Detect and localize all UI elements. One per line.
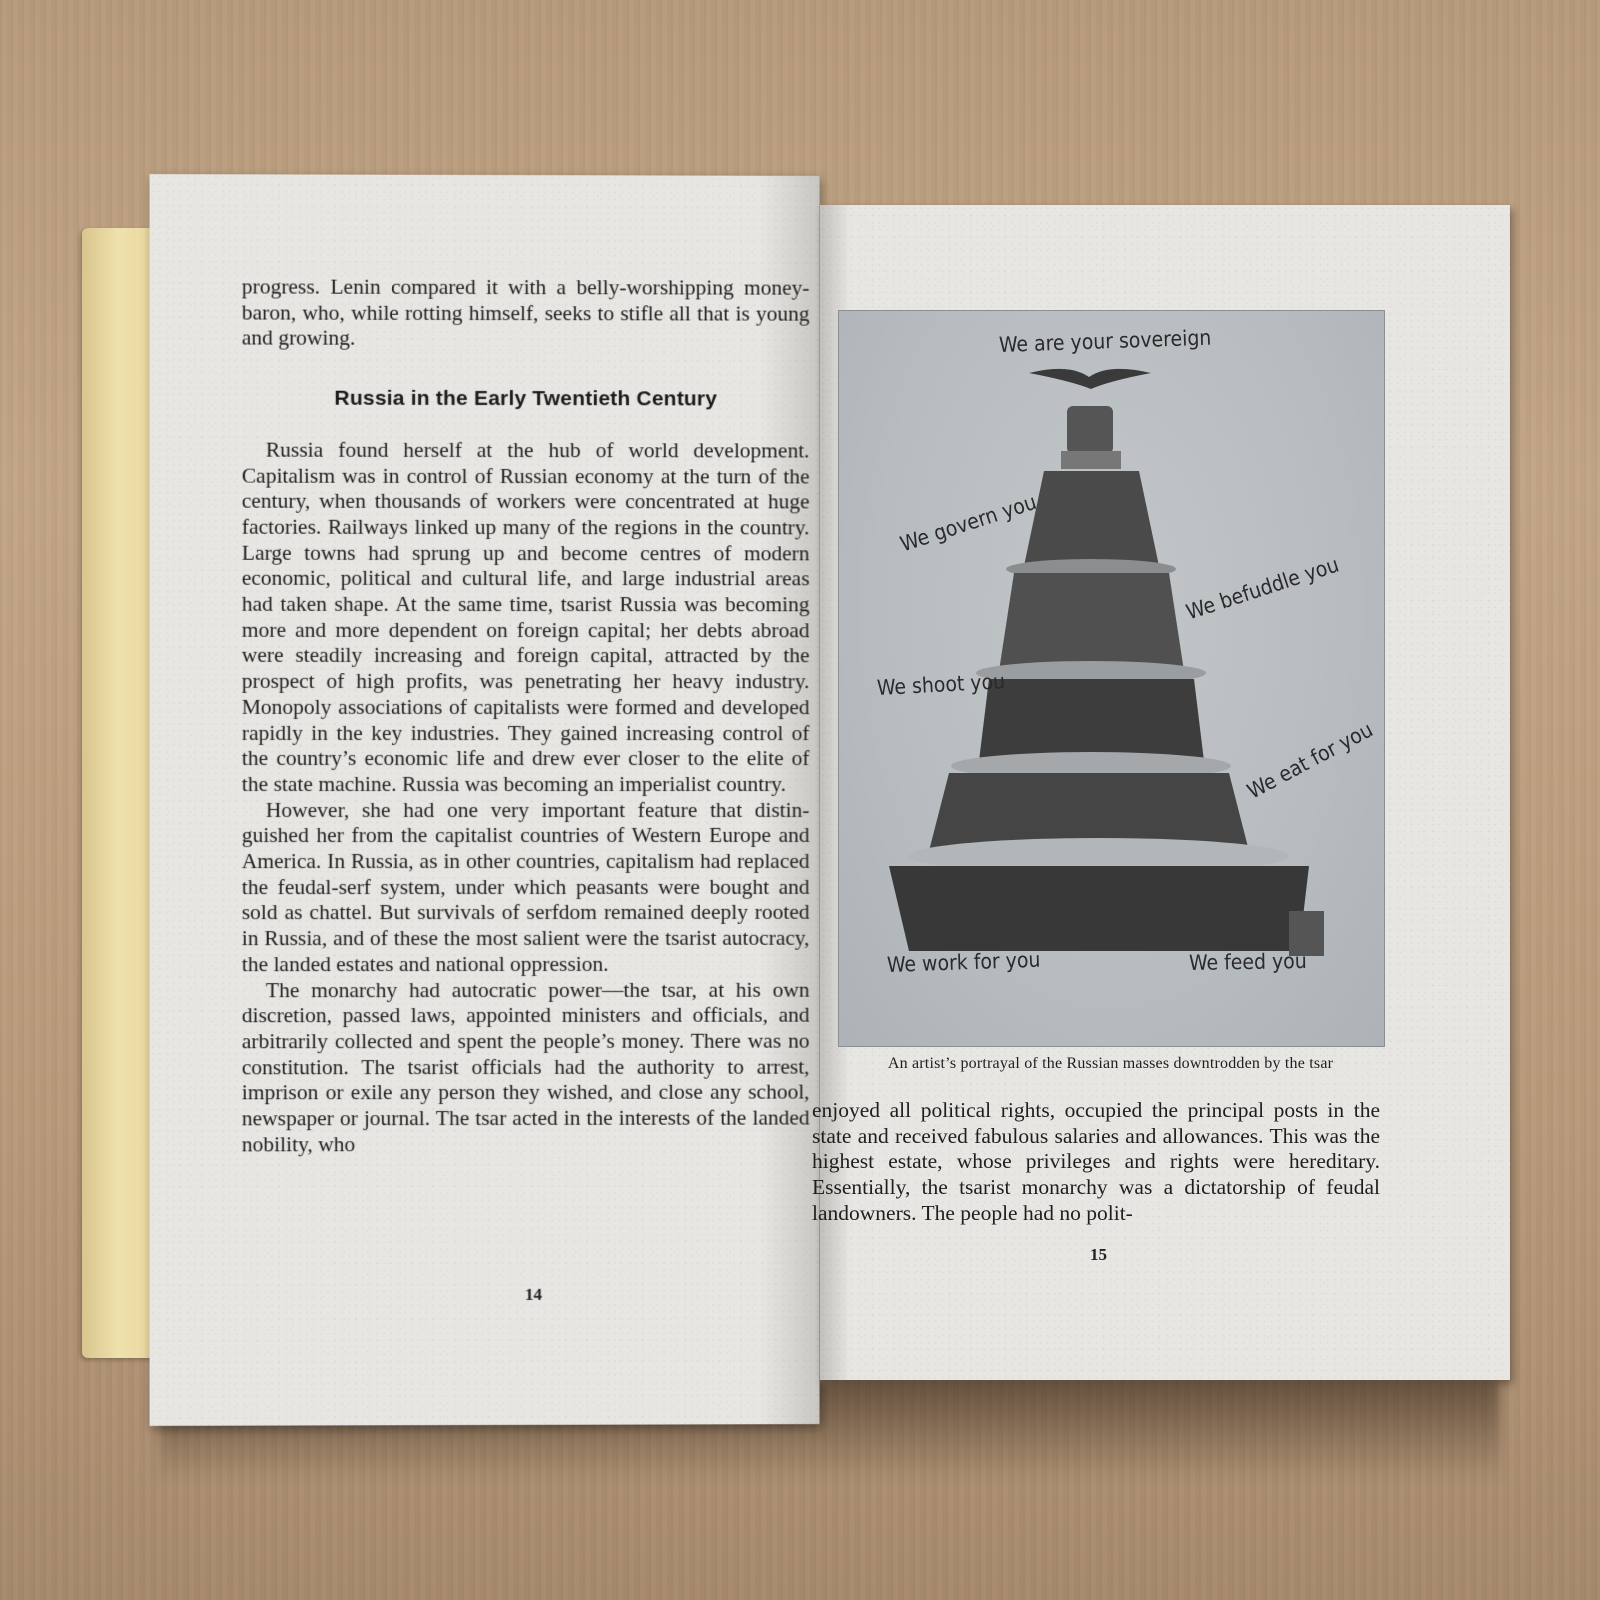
continuation-paragraph: progress. Lenin compared it with a belly…	[242, 274, 810, 352]
label-we-feed-you: We feed you	[1189, 949, 1307, 975]
right-page: We are your sovereign We govern you We b…	[820, 205, 1510, 1380]
right-page-text-column: enjoyed all political rights, occupied t…	[812, 1098, 1380, 1227]
section-heading: Russia in the Early Twentieth Century	[242, 386, 810, 413]
page-number-left: 14	[525, 1285, 542, 1305]
left-page-text-column: progress. Lenin compared it with a belly…	[242, 274, 810, 1157]
pyramid-illustration: We are your sovereign We govern you We b…	[838, 310, 1385, 1047]
figure-caption: An artist’s portrayal of the Russian mas…	[838, 1055, 1383, 1073]
left-page: progress. Lenin compared it with a belly…	[150, 174, 820, 1426]
page-number-right: 15	[1090, 1245, 1107, 1265]
paragraph-1: Russia found herself at the hub of world…	[242, 437, 810, 797]
right-paragraph: enjoyed all political rights, occupied t…	[812, 1098, 1380, 1227]
paragraph-2: However, she had one very important feat…	[242, 798, 810, 978]
paragraph-3: The monarchy had autocratic power—the ts…	[242, 977, 810, 1158]
